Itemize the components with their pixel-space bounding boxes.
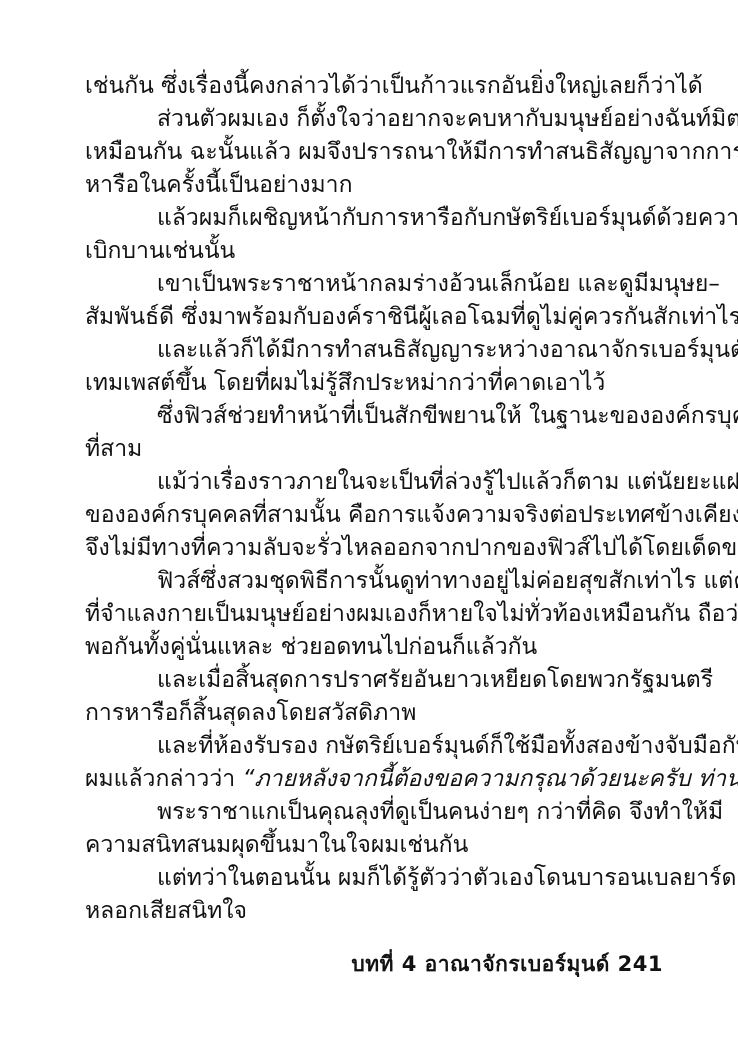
text-line: หารือในครั้งนี้เป็นอย่างมาก — [85, 169, 663, 202]
text-run: ที่สาม — [85, 436, 142, 462]
text-line: และแล้วก็ได้มีการทำสนธิสัญญาระหว่างอาณาจ… — [85, 334, 663, 367]
text-run: หลอกเสียสนิทใจ — [85, 898, 247, 924]
page-text: เช่นกัน ซึ่งเรื่องนี้คงกล่าวได้ว่าเป็นก้… — [85, 70, 663, 928]
text-run: ผมแล้วกล่าวว่า — [85, 766, 242, 792]
text-run: เทมเพสต์ขึ้น โดยที่ผมไม่รู้สึกประหม่ากว่… — [85, 370, 605, 396]
footer-text: บทที่ 4 อาณาจักรเบอร์มุนด์ 241 — [351, 952, 663, 976]
text-run: เหมือนกัน ฉะนั้นแล้ว ผมจึงปรารถนาให้มีกา… — [85, 139, 738, 165]
text-run: เช่นกัน ซึ่งเรื่องนี้คงกล่าวได้ว่าเป็นก้… — [85, 73, 703, 99]
text-run: หารือในครั้งนี้เป็นอย่างมาก — [85, 172, 353, 198]
text-run: การหารือก็สิ้นสุดลงโดยสวัสดิภาพ — [85, 700, 416, 726]
text-line: เช่นกัน ซึ่งเรื่องนี้คงกล่าวได้ว่าเป็นก้… — [85, 70, 663, 103]
text-line: ขององค์กรบุคคลที่สามนั้น คือการแจ้งความจ… — [85, 499, 663, 532]
text-run: เบิกบานเช่นนั้น — [85, 238, 235, 264]
text-line: ที่สาม — [85, 433, 663, 466]
text-line: ฟิวส์ซึ่งสวมชุดพิธีการนั้นดูท่าทางอยู่ไม… — [85, 565, 663, 598]
text-run: ที่จำแลงกายเป็นมนุษย์อย่างผมเองก็หายใจไม… — [85, 601, 738, 627]
text-line: เขาเป็นพระราชาหน้ากลมร่างอ้วนเล็กน้อย แล… — [85, 268, 663, 301]
book-page: เช่นกัน ซึ่งเรื่องนี้คงกล่าวได้ว่าเป็นก้… — [0, 0, 738, 1051]
text-line: แม้ว่าเรื่องราวภายในจะเป็นที่ล่วงรู้ไปแล… — [85, 466, 663, 499]
text-line: การหารือก็สิ้นสุดลงโดยสวัสดิภาพ — [85, 697, 663, 730]
quoted-speech: “ภายหลังจากนี้ต้องขอความกรุณาด้วยนะครับ … — [242, 766, 738, 792]
text-run: จึงไม่มีทางที่ความลับจะรั่วไหลออกจากปากข… — [85, 535, 738, 561]
text-line: ที่จำแลงกายเป็นมนุษย์อย่างผมเองก็หายใจไม… — [85, 598, 663, 631]
page-footer: บทที่ 4 อาณาจักรเบอร์มุนด์ 241 — [85, 948, 663, 981]
text-run: แล้วผมก็เผชิญหน้ากับการหารือกับกษัตริย์เ… — [157, 205, 738, 231]
text-run: แต่ทว่าในตอนนั้น ผมก็ได้รู้ตัวว่าตัวเองโ… — [157, 865, 736, 891]
text-line: แต่ทว่าในตอนนั้น ผมก็ได้รู้ตัวว่าตัวเองโ… — [85, 862, 663, 895]
text-line: ความสนิทสนมผุดขึ้นมาในใจผมเช่นกัน — [85, 829, 663, 862]
text-line: และเมื่อสิ้นสุดการปราศรัยอันยาวเหยียดโดย… — [85, 664, 663, 697]
text-run: พอกันทั้งคู่นั่นแหละ ช่วยอดทนไปก่อนก็แล้… — [85, 634, 537, 660]
text-line: ซึ่งฟิวส์ช่วยทำหน้าที่เป็นสักขีพยานให้ ใ… — [85, 400, 663, 433]
text-run: ความสนิทสนมผุดขึ้นมาในใจผมเช่นกัน — [85, 832, 468, 858]
text-run: สัมพันธ์ดี ซึ่งมาพร้อมกับองค์ราชินีผู้เล… — [85, 304, 738, 330]
text-run: และแล้วก็ได้มีการทำสนธิสัญญาระหว่างอาณาจ… — [157, 337, 738, 363]
text-run: และเมื่อสิ้นสุดการปราศรัยอันยาวเหยียดโดย… — [157, 667, 713, 693]
text-run: พระราชาแกเป็นคุณลุงที่ดูเป็นคนง่ายๆ กว่า… — [157, 799, 723, 825]
text-run: แม้ว่าเรื่องราวภายในจะเป็นที่ล่วงรู้ไปแล… — [157, 469, 738, 495]
text-line: ผมแล้วกล่าวว่า “ภายหลังจากนี้ต้องขอความก… — [85, 763, 663, 796]
text-run: เขาเป็นพระราชาหน้ากลมร่างอ้วนเล็กน้อย แล… — [157, 271, 720, 297]
text-line: เทมเพสต์ขึ้น โดยที่ผมไม่รู้สึกประหม่ากว่… — [85, 367, 663, 400]
text-line: พระราชาแกเป็นคุณลุงที่ดูเป็นคนง่ายๆ กว่า… — [85, 796, 663, 829]
text-run: ฟิวส์ซึ่งสวมชุดพิธีการนั้นดูท่าทางอยู่ไม… — [157, 568, 738, 594]
text-line: สัมพันธ์ดี ซึ่งมาพร้อมกับองค์ราชินีผู้เล… — [85, 301, 663, 334]
text-line: เหมือนกัน ฉะนั้นแล้ว ผมจึงปรารถนาให้มีกา… — [85, 136, 663, 169]
text-line: เบิกบานเช่นนั้น — [85, 235, 663, 268]
text-line: ส่วนตัวผมเอง ก็ตั้งใจว่าอยากจะคบหากับมนุ… — [85, 103, 663, 136]
text-run: และที่ห้องรับรอง กษัตริย์เบอร์มุนด์ก็ใช้… — [157, 733, 738, 759]
text-line: หลอกเสียสนิทใจ — [85, 895, 663, 928]
text-line: พอกันทั้งคู่นั่นแหละ ช่วยอดทนไปก่อนก็แล้… — [85, 631, 663, 664]
text-run: ส่วนตัวผมเอง ก็ตั้งใจว่าอยากจะคบหากับมนุ… — [157, 106, 738, 132]
text-line: จึงไม่มีทางที่ความลับจะรั่วไหลออกจากปากข… — [85, 532, 663, 565]
text-run: ขององค์กรบุคคลที่สามนั้น คือการแจ้งความจ… — [85, 502, 738, 528]
text-line: และที่ห้องรับรอง กษัตริย์เบอร์มุนด์ก็ใช้… — [85, 730, 663, 763]
text-run: ซึ่งฟิวส์ช่วยทำหน้าที่เป็นสักขีพยานให้ ใ… — [157, 403, 738, 429]
text-line: แล้วผมก็เผชิญหน้ากับการหารือกับกษัตริย์เ… — [85, 202, 663, 235]
